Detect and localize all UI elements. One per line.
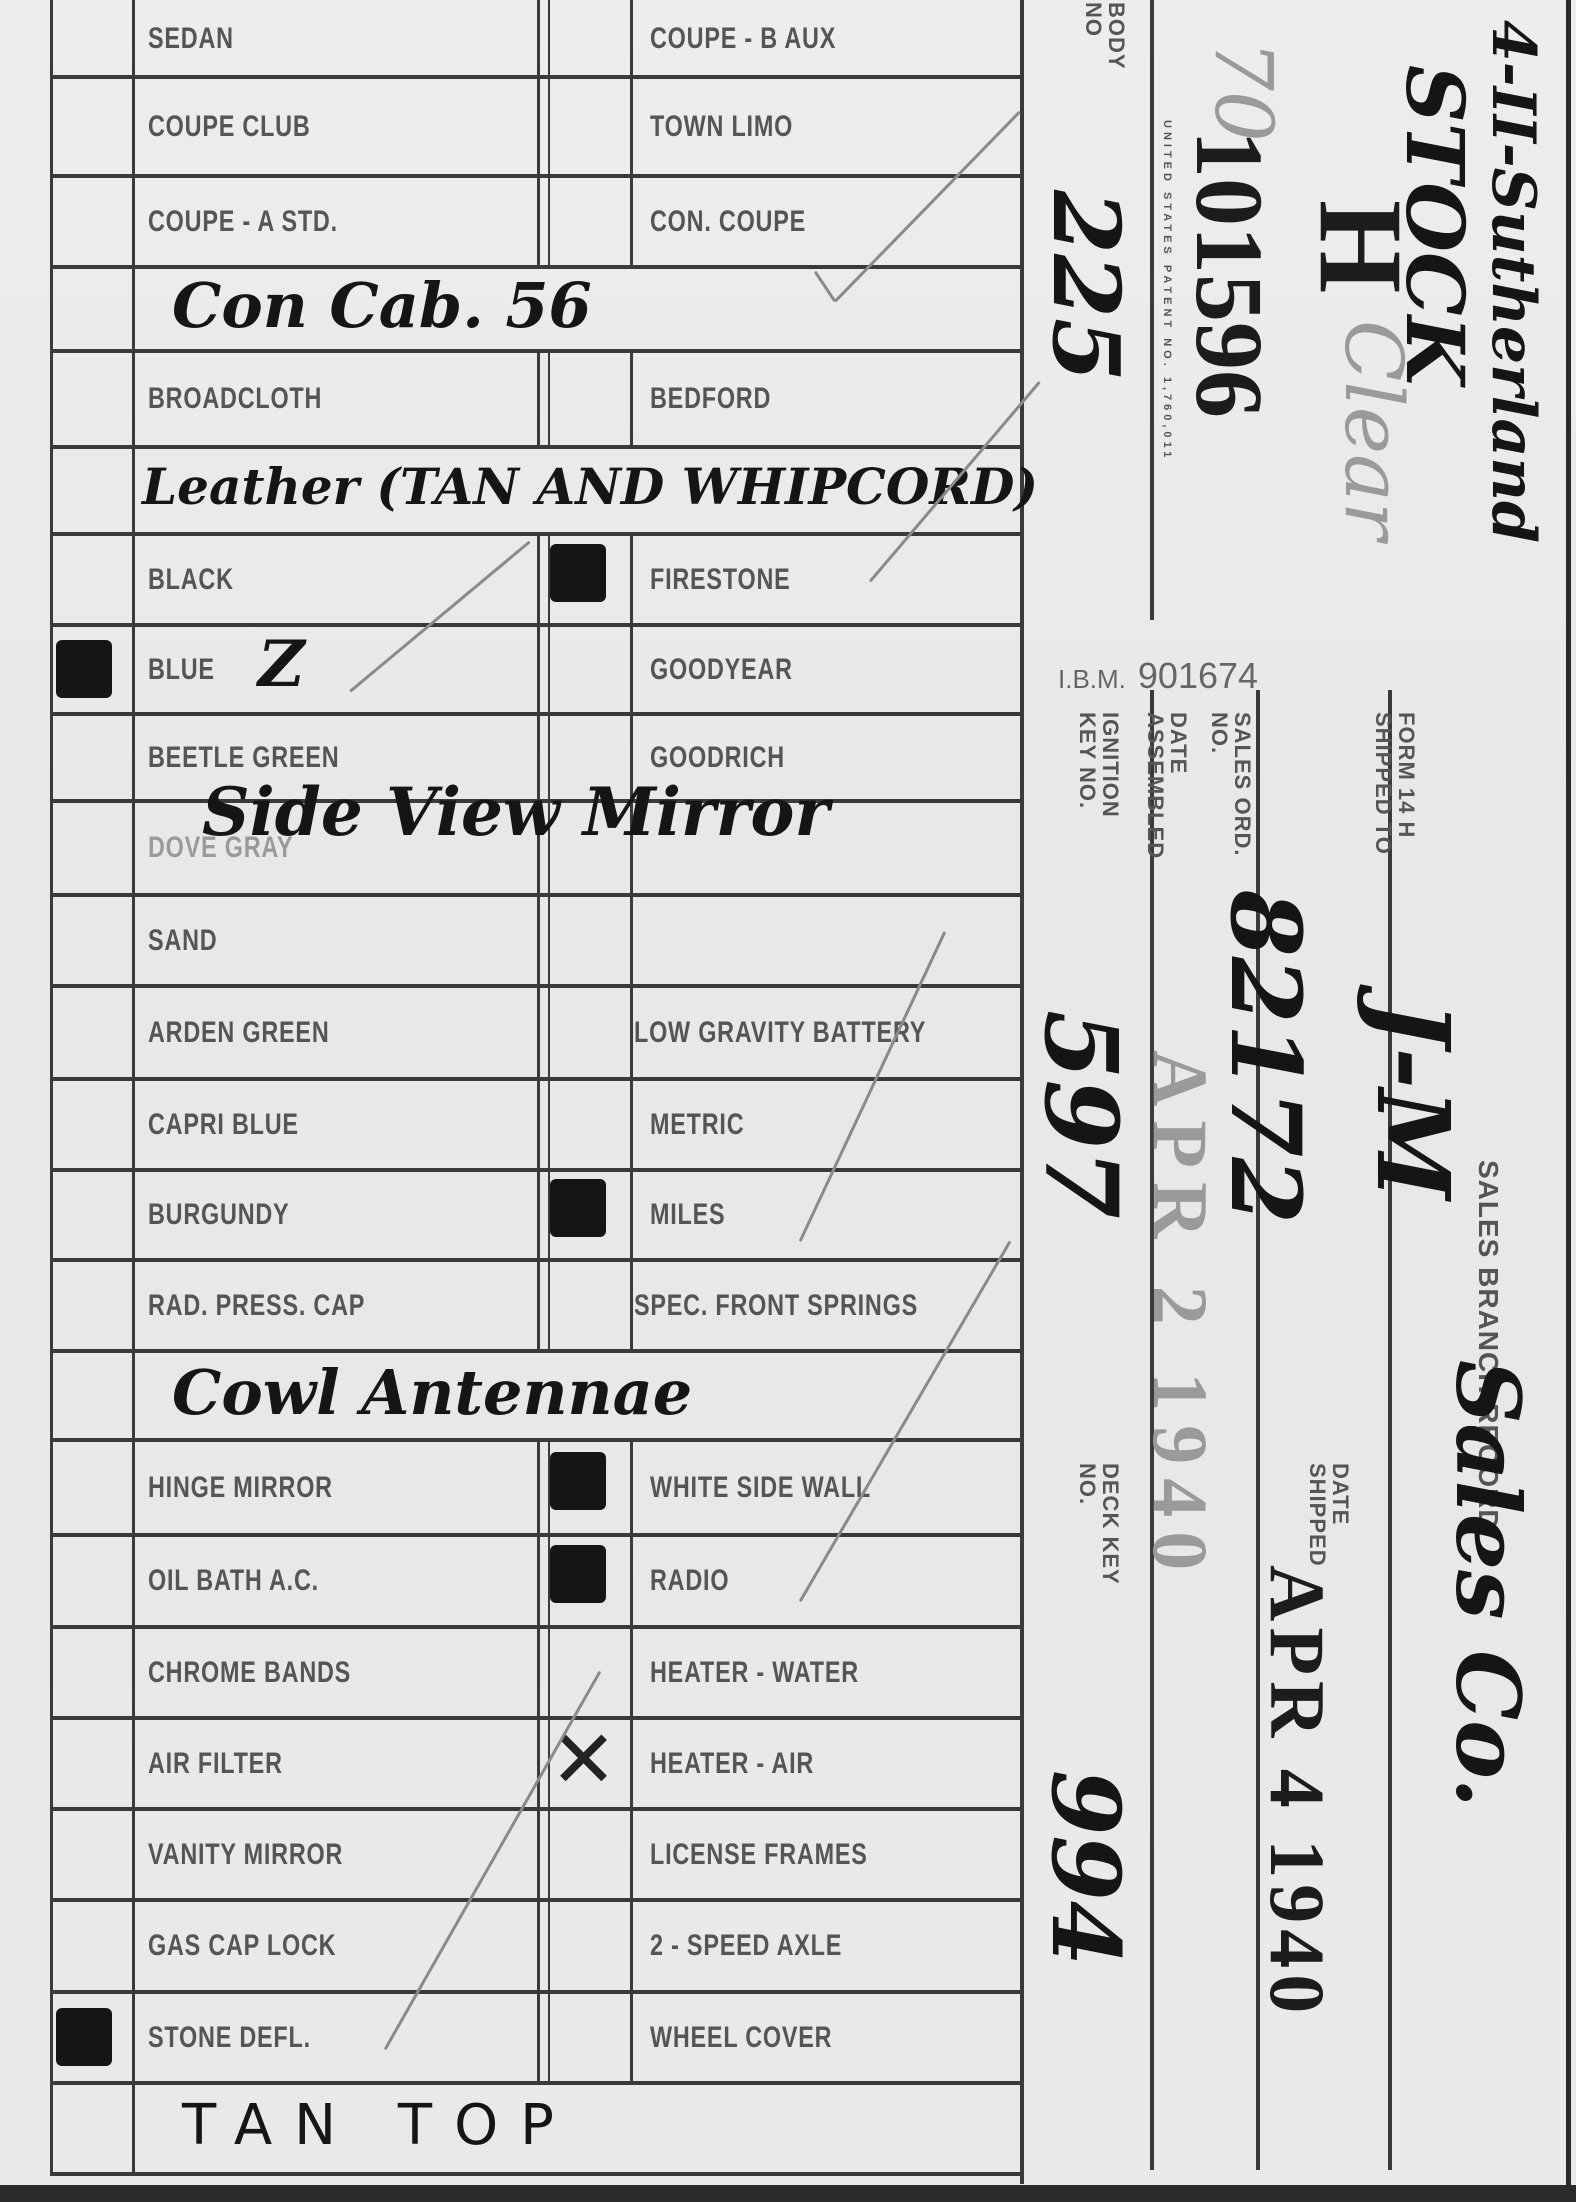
handwritten-note: TAN TOP xyxy=(182,2093,576,2158)
date-shipped-value: APR 4 1940 xyxy=(1252,1565,1342,2019)
option-label-right[interactable]: FIRESTONE xyxy=(650,563,791,597)
option-label-right[interactable]: 2 - SPEED AXLE xyxy=(650,1929,842,1963)
grid-col-divider xyxy=(548,625,550,714)
grid-col-divider xyxy=(548,176,550,267)
field-label: DATE SHIPPED xyxy=(1306,1463,1352,1573)
field-label: SALES ORD. NO. xyxy=(1208,712,1254,872)
pencil-note: 70 xyxy=(1197,40,1290,142)
grid-col-divider xyxy=(630,1900,633,1992)
filled-checkbox-mid[interactable] xyxy=(550,544,606,602)
option-label-left[interactable]: OIL BATH A.C. xyxy=(148,1564,319,1598)
option-label-right[interactable]: SPEC. FRONT SPRINGS xyxy=(634,1289,918,1323)
grid-col-divider xyxy=(537,176,540,267)
grid-col-divider xyxy=(537,77,540,176)
grid-col-divider xyxy=(630,986,633,1079)
filled-checkbox-mid[interactable] xyxy=(550,1452,606,1510)
option-label-left[interactable]: RAD. PRESS. CAP xyxy=(148,1289,365,1323)
option-label-right[interactable]: RADIO xyxy=(650,1564,729,1598)
grid-col-divider xyxy=(537,1718,540,1809)
grid-col-divider xyxy=(537,1900,540,1992)
option-label-right[interactable]: WHITE SIDE WALL xyxy=(650,1471,871,1505)
handwritten-note: Leather (TAN AND WHIPCORD) xyxy=(142,457,1038,516)
filled-checkbox-mid[interactable] xyxy=(550,1545,606,1603)
grid-col-divider xyxy=(537,1079,540,1170)
grid-col-divider xyxy=(548,895,550,986)
grid-col-divider xyxy=(630,1260,633,1351)
option-label-left[interactable]: STONE DEFL. xyxy=(148,2021,311,2055)
option-label-right[interactable]: METRIC xyxy=(650,1108,744,1142)
grid-col-divider xyxy=(537,1440,540,1535)
option-label-left[interactable]: ARDEN GREEN xyxy=(148,1016,330,1050)
grid-col-divider xyxy=(548,986,550,1079)
option-label-left[interactable]: HINGE MIRROR xyxy=(148,1471,333,1505)
option-label-right[interactable]: GOODRICH xyxy=(650,741,785,775)
field-label: IGNITION KEY NO. xyxy=(1076,712,1122,862)
option-label-right[interactable]: CON. COUPE xyxy=(650,205,806,239)
field-label: FORM 14 H SHIPPED TO xyxy=(1372,712,1418,912)
option-label-left[interactable]: CAPRI BLUE xyxy=(148,1108,299,1142)
grid-col-divider xyxy=(537,1809,540,1900)
grid-col-divider xyxy=(548,1809,550,1900)
ignition-key-value: 597 xyxy=(1022,1010,1140,1219)
grid-col-divider xyxy=(537,351,540,447)
sales-order-value: 82172 xyxy=(1209,890,1322,1224)
body-no-label: BODY NO xyxy=(1082,2,1128,72)
field-label: DECK KEY NO. xyxy=(1076,1463,1122,1603)
grid-col-divider xyxy=(537,1992,540,2083)
handwritten-note: Side View Mirror xyxy=(202,773,829,851)
option-label-right[interactable]: HEATER - WATER xyxy=(650,1656,859,1690)
option-label-right[interactable]: WHEEL COVER xyxy=(650,2021,832,2055)
option-label-left[interactable]: COUPE - A STD. xyxy=(148,205,338,239)
grid-col-divider xyxy=(537,895,540,986)
card-right-border xyxy=(1566,0,1571,2185)
option-label-right[interactable]: GOODYEAR xyxy=(650,653,793,687)
ibm-label: I.B.M.901674 xyxy=(1058,655,1258,697)
top-note-line1: 4-II-Sutherland xyxy=(1478,20,1548,543)
panel-line-1 xyxy=(1150,0,1154,620)
option-label-right[interactable]: MILES xyxy=(650,1198,725,1232)
grid-col-divider xyxy=(537,1170,540,1260)
option-label-left[interactable]: GAS CAP LOCK xyxy=(148,1929,336,1963)
grid-col-divider xyxy=(630,1718,633,1809)
option-label-left[interactable]: CHROME BANDS xyxy=(148,1656,351,1690)
filled-checkbox-mid[interactable] xyxy=(550,1179,606,1237)
grid-col-divider xyxy=(630,176,633,267)
grid-col-divider xyxy=(537,1535,540,1627)
grid-col-divider xyxy=(537,0,540,77)
filled-checkbox-left[interactable] xyxy=(56,2008,112,2066)
field-label: DATE ASSEMBLED xyxy=(1144,712,1190,912)
grid-col-divider xyxy=(548,1627,550,1718)
grid-col-divider xyxy=(630,1535,633,1627)
grid-col-divider xyxy=(537,534,540,625)
body-no-value: 225 xyxy=(1032,190,1140,382)
grid-col-divider xyxy=(537,986,540,1079)
option-label-left[interactable]: BLUE xyxy=(148,653,215,687)
option-label-right[interactable]: COUPE - B AUX xyxy=(650,22,836,56)
grid-col-divider xyxy=(630,1809,633,1900)
grid-col-divider xyxy=(630,77,633,176)
option-label-left[interactable]: BLACK xyxy=(148,563,234,597)
handwritten-note: Con Cab. 56 xyxy=(172,269,592,342)
serial-number: 101596 xyxy=(1174,130,1285,418)
card-bottom-edge xyxy=(0,2185,1576,2202)
option-label-left[interactable]: VANITY MIRROR xyxy=(148,1838,343,1872)
grid-col-divider xyxy=(630,1170,633,1260)
grid-col-divider xyxy=(537,1627,540,1718)
shipped-to-value: J-M xyxy=(1354,1000,1472,1200)
grid-col-divider xyxy=(548,0,550,77)
grid-col-divider xyxy=(630,0,633,77)
grid-col-divider xyxy=(630,1992,633,2083)
sales-branch-value: Sales Co. xyxy=(1436,1360,1540,1808)
x-mark-icon[interactable]: ✕ xyxy=(550,1720,617,1800)
grid-col-divider xyxy=(548,1079,550,1170)
option-label-left[interactable]: AIR FILTER xyxy=(148,1747,283,1781)
grid-row-divider xyxy=(50,2172,1023,2176)
grid-col-divider xyxy=(630,895,633,986)
option-label-left[interactable]: SAND xyxy=(148,924,217,958)
grid-col-divider xyxy=(548,351,550,447)
grid-col-divider xyxy=(537,1260,540,1351)
grid-col-divider xyxy=(548,1900,550,1992)
grid-line-label xyxy=(132,0,135,2174)
grid-col-divider xyxy=(630,534,633,625)
grid-col-divider xyxy=(537,625,540,714)
grid-col-divider xyxy=(630,351,633,447)
option-label-left[interactable]: BURGUNDY xyxy=(148,1198,289,1232)
option-label-left[interactable]: SEDAN xyxy=(148,22,234,56)
grid-col-divider xyxy=(548,1260,550,1351)
option-label-right[interactable]: TOWN LIMO xyxy=(650,110,793,144)
ibm-prefix: I.B.M. xyxy=(1058,664,1126,694)
option-label-left[interactable]: BROADCLOTH xyxy=(148,382,322,416)
panel-line-3 xyxy=(1388,690,1392,2170)
grid-col-divider xyxy=(548,77,550,176)
option-label-right[interactable]: HEATER - AIR xyxy=(650,1747,814,1781)
grid-col-divider xyxy=(630,1440,633,1535)
option-label-right[interactable]: BEDFORD xyxy=(650,382,771,416)
deck-key-value: 994 xyxy=(1030,1770,1140,1966)
handwritten-note: Cowl Antennae xyxy=(172,1356,692,1429)
grid-line-outer xyxy=(50,0,53,2174)
option-label-left[interactable]: BEETLE GREEN xyxy=(148,741,339,775)
color-scribble: Z xyxy=(258,627,305,702)
grid-col-divider xyxy=(630,1079,633,1170)
filled-checkbox-left[interactable] xyxy=(56,640,112,698)
option-label-right[interactable]: LICENSE FRAMES xyxy=(650,1838,868,1872)
grid-col-divider xyxy=(548,1992,550,2083)
top-note-line2: STOCK xyxy=(1388,65,1482,385)
grid-col-divider xyxy=(630,625,633,714)
option-label-right[interactable]: LOW GRAVITY BATTERY xyxy=(634,1016,926,1050)
ibm-number: 901674 xyxy=(1138,655,1258,696)
option-label-left[interactable]: COUPE CLUB xyxy=(148,110,311,144)
grid-col-divider xyxy=(630,1627,633,1718)
